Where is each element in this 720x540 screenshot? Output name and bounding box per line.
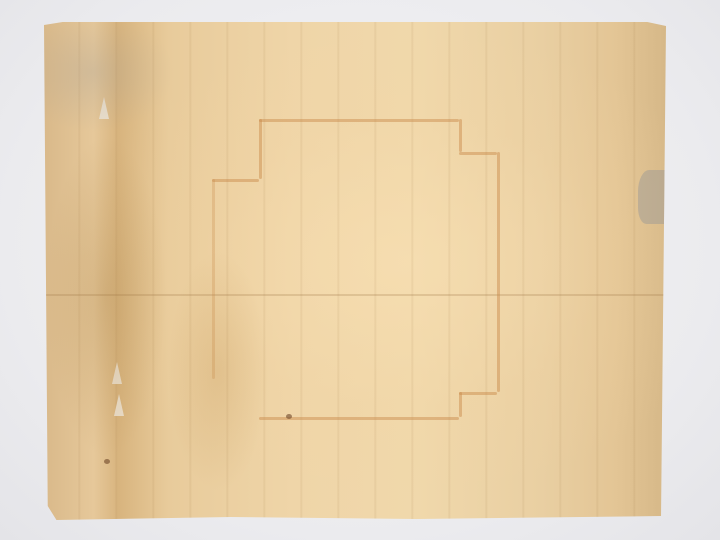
paper-tear [99, 97, 109, 119]
stain-outline-left-step [212, 179, 259, 182]
horizontal-fold-line [44, 294, 666, 296]
ink-spot [104, 459, 110, 464]
stain-outline-left [259, 119, 262, 179]
stain-outline-bottom-step [459, 392, 462, 417]
stain-outline-left-long [212, 179, 215, 379]
stain-outline-top-step [459, 119, 462, 152]
paper-tear [112, 362, 122, 384]
stain-outline-bottom-right [459, 392, 497, 395]
paper-tear [114, 394, 124, 416]
grey-discoloration-patch [638, 170, 666, 224]
ink-spot [286, 414, 292, 419]
stain-outline-bottom [259, 417, 459, 420]
stain-outline-right [497, 152, 500, 392]
aged-paper-sheet [44, 22, 666, 521]
stain-outline-top-right [459, 152, 497, 155]
stain-outline-top [259, 119, 459, 122]
